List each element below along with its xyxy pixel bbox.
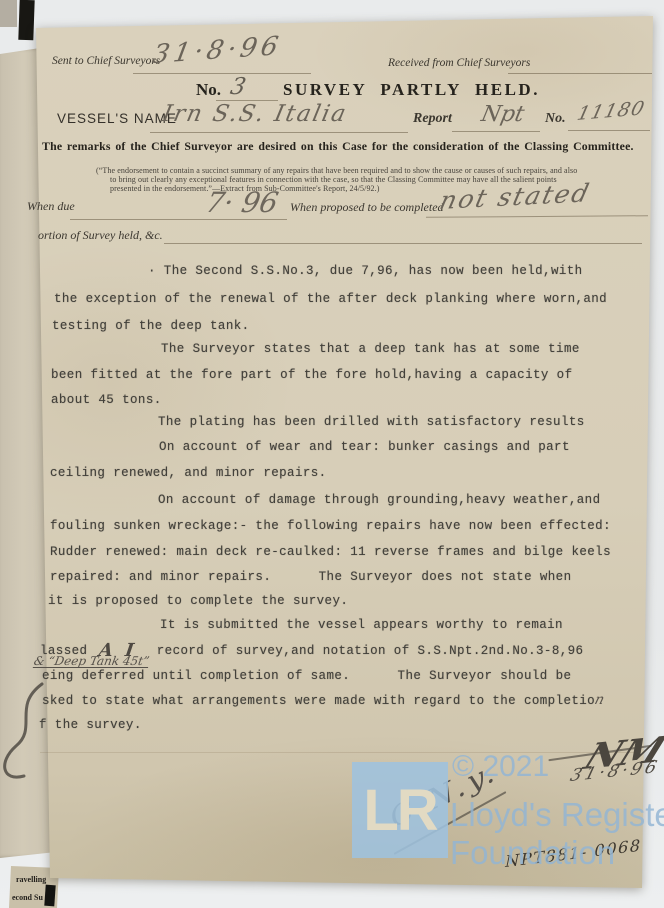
typed-text: record of survey,and notation of S.S.Npt…: [141, 644, 583, 658]
typed-line: It is submitted the vessel appears worth…: [160, 615, 563, 633]
typed-text: It is submitted the vessel appears worth…: [160, 618, 563, 632]
sent-to-label: Sent to Chief Surveyors: [52, 55, 160, 67]
form-rule: [164, 243, 642, 244]
typed-text: testing of the deep tank.: [52, 319, 250, 333]
vessel-name-handwriting: Irn S.S. Italia: [160, 101, 350, 127]
received-from-label: Received from Chief Surveyors: [388, 57, 530, 69]
remarks-instruction: The remarks of the Chief Surveyor are de…: [42, 139, 634, 154]
typed-text: The plating has been drilled with satisf…: [158, 415, 585, 429]
when-due-handwriting: 7· 96: [203, 186, 281, 219]
typed-text: fouling sunken wreckage:- the following …: [50, 519, 611, 533]
page-title: SURVEY PARTLY HELD.: [283, 80, 540, 100]
form-rule: [568, 130, 650, 131]
portion-held-label: ortion of Survey held, &c.: [38, 228, 163, 243]
lr-logo-letters: LR: [363, 777, 436, 844]
typed-line: · The Second S.S.No.3, due 7,96, has now…: [148, 261, 583, 279]
typed-line: the exception of the renewal of the afte…: [54, 289, 607, 307]
typed-text: ceiling renewed, and minor repairs.: [50, 466, 327, 480]
typed-text: it is proposed to complete the survey.: [48, 594, 348, 608]
watermark-foundation: Foundation: [450, 834, 615, 872]
fineprint-line: (“The endorsement to contain a succinct …: [96, 166, 577, 175]
typed-text: eing deferred until completion of same. …: [42, 669, 571, 683]
typed-line: The Surveyor states that a deep tank has…: [161, 339, 580, 357]
typed-line: sked to state what arrangements were mad…: [42, 691, 604, 709]
watermark-lloyds-register: Lloyd's Register: [450, 796, 664, 834]
report-port-handwriting: Npt: [479, 102, 527, 127]
watermark-copyright: © 2021: [452, 750, 549, 784]
typed-line: On account of damage through grounding,h…: [158, 490, 600, 508]
typed-line: it is proposed to complete the survey.: [48, 591, 348, 609]
form-no-label: No.: [196, 80, 221, 100]
typed-line: ceiling renewed, and minor repairs.: [50, 463, 327, 481]
form-rule: [133, 73, 311, 74]
form-rule: [508, 73, 652, 74]
form-rule: [70, 219, 287, 220]
typed-line: f the survey.: [39, 715, 142, 733]
typed-text: the exception of the renewal of the afte…: [54, 292, 607, 306]
proposed-completion-label: When proposed to be completed: [290, 200, 444, 215]
scanned-document: ravelling econd Su Sent to Chief Surveyo…: [0, 0, 664, 908]
vessel-name-label: VESSEL'S NAME: [57, 111, 177, 126]
typed-line: eing deferred until completion of same. …: [42, 666, 571, 684]
report-label: Report: [413, 111, 452, 127]
typed-line: repaired: and minor repairs. The Surveyo…: [50, 567, 571, 585]
form-rule: [452, 131, 540, 132]
typed-line: On account of wear and tear: bunker casi…: [159, 437, 570, 455]
typed-text: On account of wear and tear: bunker casi…: [159, 440, 570, 454]
typed-text: been fitted at the fore part of the fore…: [51, 368, 572, 382]
page-crease: [40, 752, 640, 753]
typed-line: fouling sunken wreckage:- the following …: [50, 516, 611, 534]
typed-text: · The Second S.S.No.3, due 7,96, has now…: [148, 264, 583, 278]
typed-line: testing of the deep tank.: [52, 316, 250, 334]
typed-text: f the survey.: [39, 718, 142, 732]
typed-line: Rudder renewed: main deck re-caulked: 11…: [50, 542, 611, 560]
typed-text: The Surveyor states that a deep tank has…: [161, 342, 580, 356]
typed-text: Rudder renewed: main deck re-caulked: 11…: [50, 545, 611, 559]
typed-text: repaired: and minor repairs. The Surveyo…: [50, 570, 571, 584]
typed-text: sked to state what arrangements were mad…: [42, 694, 595, 708]
when-due-label: When due: [27, 199, 75, 214]
form-rule: [150, 132, 408, 133]
typed-text: On account of damage through grounding,h…: [158, 493, 600, 507]
report-no-label: No.: [545, 111, 566, 127]
typed-line: The plating has been drilled with satisf…: [158, 412, 585, 430]
typed-line: about 45 tons.: [51, 390, 162, 408]
typed-line: been fitted at the fore part of the fore…: [51, 365, 572, 383]
lloyds-register-logo: LR: [352, 762, 448, 858]
typed-text: about 45 tons.: [51, 393, 162, 407]
